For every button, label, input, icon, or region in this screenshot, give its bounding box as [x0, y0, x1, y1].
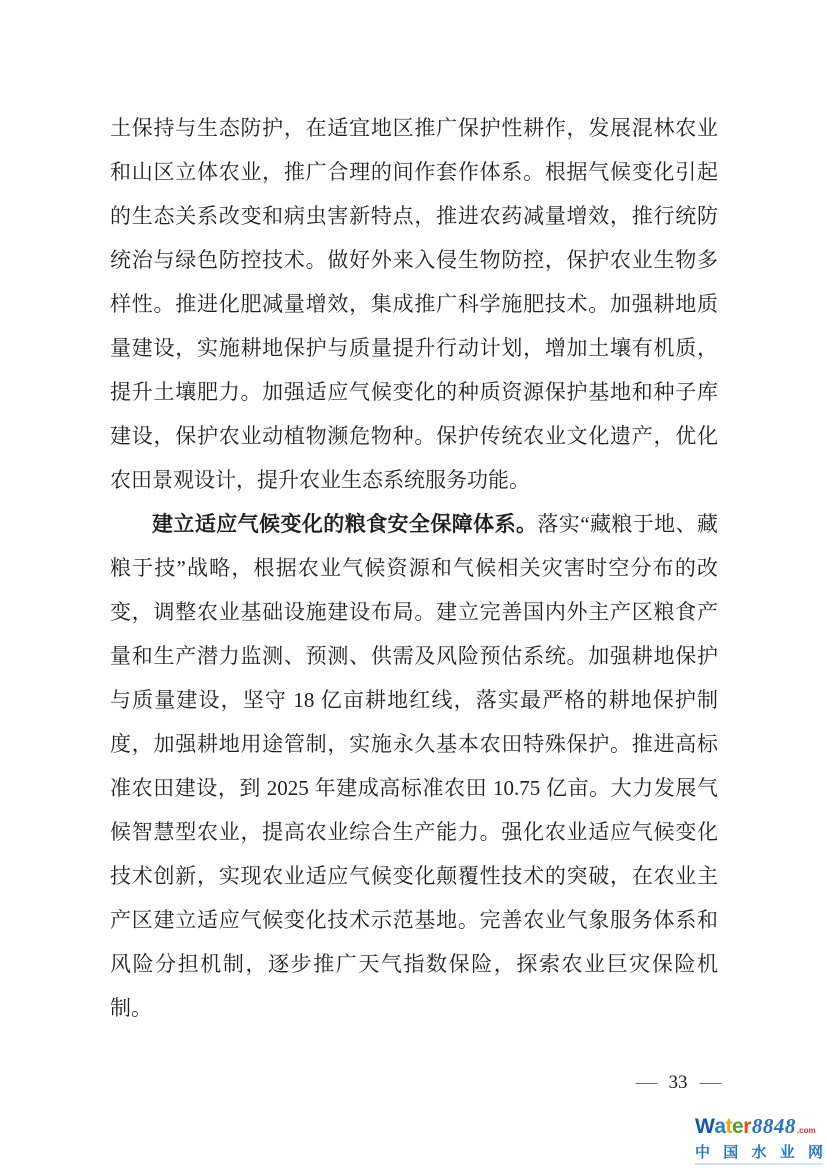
watermark-subtitle: 中 国 水 业 网: [695, 1144, 823, 1161]
page-number-value: 33: [669, 1072, 688, 1094]
page-number-left-dash: —: [635, 1072, 657, 1094]
subtitle-char: 水: [751, 1144, 766, 1161]
brand-letter: e: [732, 1117, 743, 1137]
paragraph-body: 落实“藏粮于地、藏粮于技”战略，根据农业气候资源和气候相关灾害时空分布的改变，调…: [110, 512, 718, 1020]
page-number-right-dash: —: [699, 1072, 721, 1094]
subtitle-char: 中: [695, 1144, 710, 1161]
subtitle-char: 国: [723, 1144, 738, 1161]
watermark-underline: [695, 1163, 823, 1165]
document-page: 土保持与生态防护，在适宜地区推广保护性耕作，发展混林农业和山区立体农业，推广合理…: [0, 0, 826, 1169]
subtitle-char: 网: [808, 1144, 823, 1161]
brand-number: 8848: [752, 1116, 796, 1136]
water8848-watermark-logo: W a t e r 8848 .com 中 国 水 业 网: [695, 1116, 823, 1165]
watermark-brand-row: W a t e r 8848 .com: [695, 1116, 823, 1141]
paragraph-continuation: 土保持与生态防护，在适宜地区推广保护性耕作，发展混林农业和山区立体农业，推广合理…: [110, 106, 718, 502]
subtitle-char: 业: [780, 1144, 795, 1161]
brand-letter: r: [743, 1117, 751, 1137]
brand-letter: a: [714, 1117, 725, 1137]
brand-tld: .com: [797, 1121, 816, 1141]
body-text: 土保持与生态防护，在适宜地区推广保护性耕作，发展混林农业和山区立体农业，推广合理…: [110, 106, 718, 1030]
paragraph-food-security: 建立适应气候变化的粮食安全保障体系。落实“藏粮于地、藏粮于技”战略，根据农业气候…: [110, 502, 718, 1030]
page-number: — 33 —: [618, 1072, 738, 1094]
paragraph-bold-lead: 建立适应气候变化的粮食安全保障体系。: [152, 512, 537, 536]
brand-letter: W: [695, 1117, 714, 1137]
